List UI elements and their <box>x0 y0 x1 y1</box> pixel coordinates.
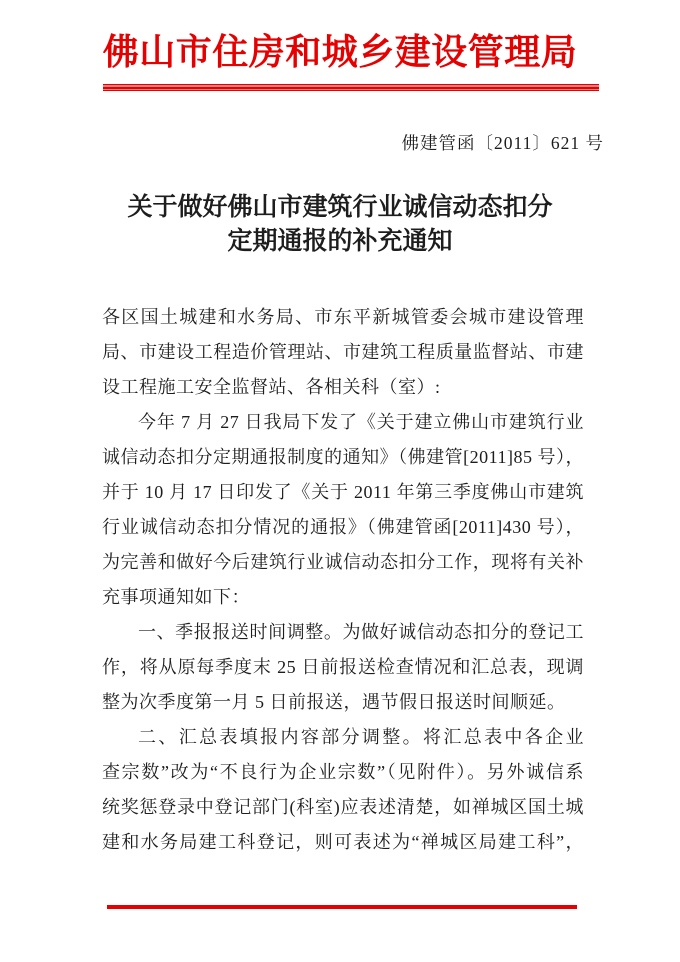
body-line: 统奖惩登录中登记部门(科室)应表述清楚，如禅城区国土城 <box>102 790 584 825</box>
body-line: 一、季报报送时间调整。为做好诚信动态扣分的登记工 <box>102 615 584 650</box>
document-title-line1: 关于做好佛山市建筑行业诚信动态扣分 <box>0 191 680 225</box>
document-body: 各区国土城建和水务局、市东平新城管委会城市建设管理 局、市建设工程造价管理站、市… <box>102 300 584 860</box>
body-line: 局、市建设工程造价管理站、市建筑工程质量监督站、市建 <box>102 335 584 370</box>
body-line: 设工程施工安全监督站、各相关科（室）: <box>102 370 584 405</box>
body-line: 充事项通知如下： <box>102 580 584 615</box>
body-line: 并于 10 月 17 日印发了《关于 2011 年第三季度佛山市建筑 <box>102 475 584 510</box>
body-line: 为完善和做好今后建筑行业诚信动态扣分工作，现将有关补 <box>102 545 584 580</box>
body-line: 建和水务局建工科登记，则可表述为“禅城区局建工科”， <box>102 825 584 860</box>
body-line: 诚信动态扣分定期通报制度的通知》（佛建管[2011]85 号）， <box>102 440 584 475</box>
body-line: 整为次季度第一月 5 日前报送，遇节假日报送时间顺延。 <box>102 685 584 720</box>
document-title-line2: 定期通报的补充通知 <box>0 225 680 259</box>
body-line: 各区国土城建和水务局、市东平新城管委会城市建设管理 <box>102 300 584 335</box>
body-line: 二、汇总表填报内容部分调整。将汇总表中各企业的“检 <box>102 720 584 755</box>
header-red-rule <box>103 84 599 91</box>
body-line: 今年 7 月 27 日我局下发了《关于建立佛山市建筑行业 <box>102 405 584 440</box>
body-line: 行业诚信动态扣分情况的通报》（佛建管函[2011]430 号）， <box>102 510 584 545</box>
body-line: 作，将从原每季度末 25 日前报送检查情况和汇总表，现调 <box>102 650 584 685</box>
document-number: 佛建管函〔2011〕621 号 <box>402 131 604 155</box>
body-line: 查宗数”改为“不良行为企业宗数”（见附件）。另外诚信系 <box>102 755 584 790</box>
agency-title: 佛山市住房和城乡建设管理局 <box>0 30 680 74</box>
official-document-page: 佛山市住房和城乡建设管理局 佛建管函〔2011〕621 号 关于做好佛山市建筑行… <box>0 0 680 962</box>
footer-red-rule <box>107 905 577 909</box>
